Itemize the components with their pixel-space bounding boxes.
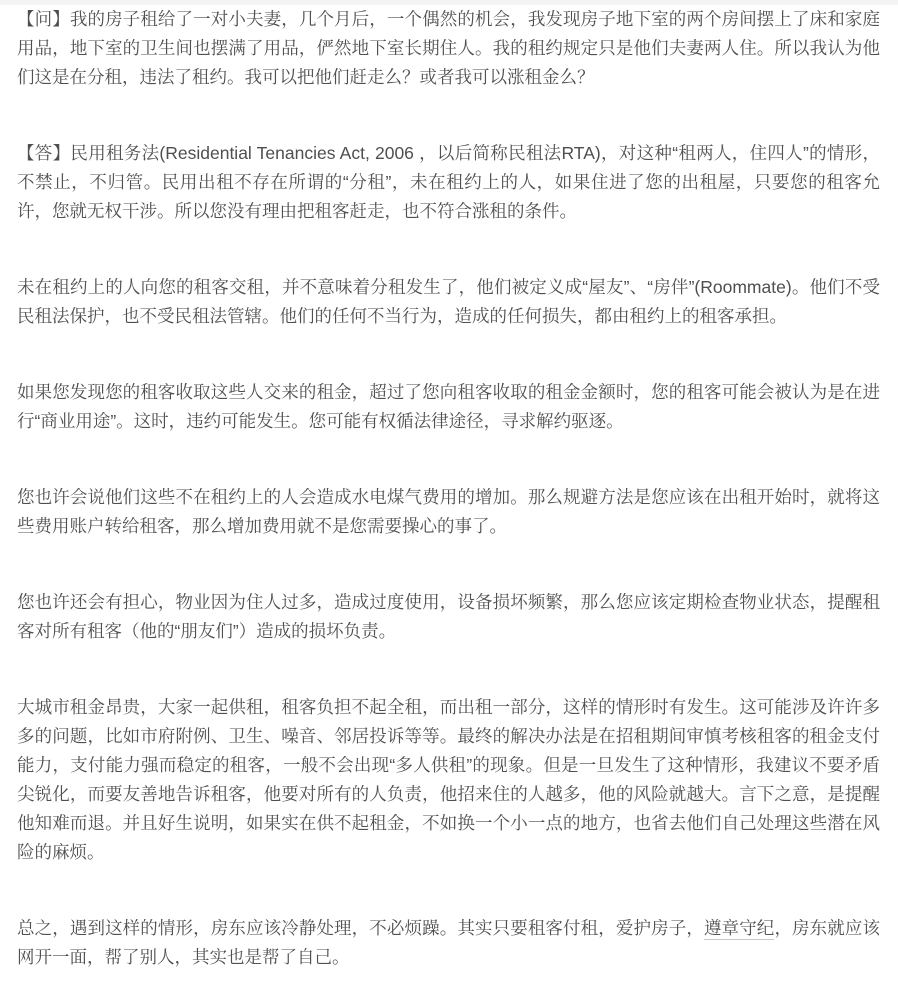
conclusion-paragraph: 总之，遇到这样的情形，房东应该冷静处理，不必烦躁。其实只要租客付租，爱护房子，遵… xyxy=(17,914,880,972)
question-paragraph: 【问】我的房子租给了一对小夫妻，几个月后，一个偶然的机会，我发现房子地下室的两个… xyxy=(17,5,880,92)
answer-paragraph: 未在租约上的人向您的租客交租，并不意味着分租发生了，他们被定义成“屋友”、“房伴… xyxy=(17,273,880,331)
conclusion-text-pre: 总之，遇到这样的情形，房东应该冷静处理，不必烦躁。其实只要租客付租，爱护房子， xyxy=(17,918,704,938)
answer-paragraph: 您也许还会有担心，物业因为住人过多，造成过度使用，设备损坏频繁，那么您应该定期检… xyxy=(17,588,880,646)
answer-paragraph: 大城市租金昂贵，大家一起供租，租客负担不起全租，而出租一部分，这样的情形时有发生… xyxy=(17,693,880,867)
answer-paragraph: 您也许会说他们这些不在租约上的人会造成水电煤气费用的增加。那么规避方法是您应该在… xyxy=(17,483,880,541)
answer-paragraph: 如果您发现您的租客收取这些人交来的租金，超过了您向租客收取的租金金额时，您的租客… xyxy=(17,378,880,436)
conclusion-text-underlined: 遵章守纪 xyxy=(704,918,774,940)
article: 【问】我的房子租给了一对小夫妻，几个月后，一个偶然的机会，我发现房子地下室的两个… xyxy=(0,5,898,972)
answer-paragraph: 【答】民用租务法(Residential Tenancies Act, 2006… xyxy=(17,139,880,226)
page: { "page": { "background_color": "#ffffff… xyxy=(0,0,898,1007)
